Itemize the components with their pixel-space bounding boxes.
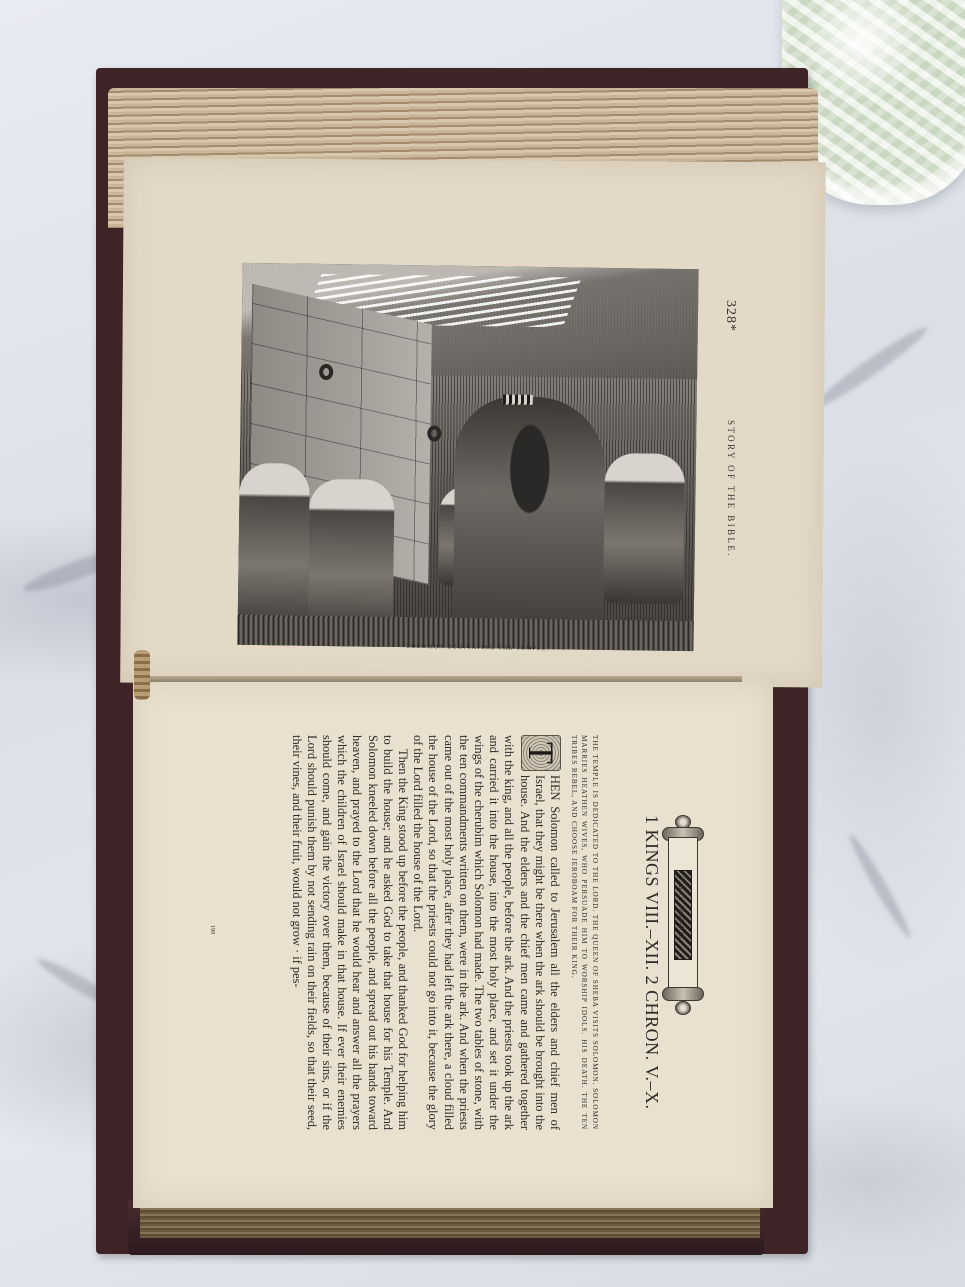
folio-number: 199 bbox=[209, 925, 215, 934]
binding-thread bbox=[134, 650, 150, 700]
paragraph: T HEN Solomon called to Jerusalem all th… bbox=[410, 735, 562, 1130]
chapter-date: B.C. 1005-975. bbox=[677, 885, 685, 942]
paragraph-1-text: HEN Solomon called to Jerusalem all the … bbox=[411, 735, 562, 1130]
page-number-top: 328* bbox=[722, 300, 738, 332]
paragraph: Then the King stood up before the people… bbox=[288, 735, 410, 1130]
illustration-worshipper bbox=[603, 453, 685, 604]
chapter-summary: THE TEMPLE IS DEDICATED TO THE LORD. THE… bbox=[569, 735, 601, 1130]
running-title: STORY OF THE BIBLE. bbox=[726, 420, 736, 558]
illustration-worshipper bbox=[238, 463, 310, 634]
engraving-illustration bbox=[237, 263, 698, 651]
drop-cap-ornament: T bbox=[521, 735, 561, 771]
chapter-text-block: B.C. 1005-975. 1 KINGS VIII.–XII. 2 CHRO… bbox=[200, 735, 720, 1130]
marble-vein bbox=[808, 321, 932, 414]
marble-vein bbox=[845, 831, 915, 941]
chapter-title: 1 KINGS VIII.–XII. 2 CHRON. V.–X. bbox=[641, 815, 662, 1110]
illustration-king-solomon bbox=[453, 396, 606, 638]
chapter-body: T HEN Solomon called to Jerusalem all th… bbox=[288, 735, 562, 1130]
illustration-ring bbox=[427, 425, 441, 441]
illustration-crown bbox=[503, 394, 533, 404]
paragraph-2-text: Then the King stood up before the people… bbox=[290, 735, 410, 1130]
book-gutter bbox=[150, 676, 742, 682]
